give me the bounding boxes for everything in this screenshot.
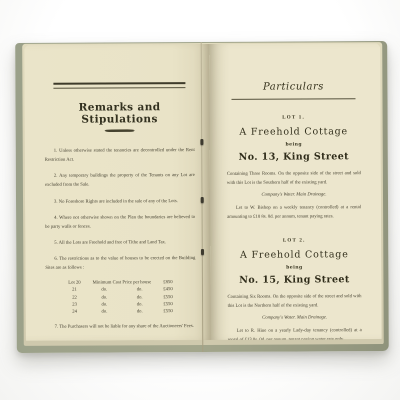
particulars-heading: Particulars [226, 81, 360, 93]
lot-number: LOT 2. [227, 238, 361, 244]
lot-tenancy: Let to R. Hine on a yearly Lady-day tena… [228, 326, 362, 341]
lot-services: Company's Water. Main Drainage. [228, 315, 362, 321]
lot-2-section: LOT 2. A Freehold Cottage being No. 15, … [227, 238, 362, 341]
lot-address: No. 13, King Street [227, 151, 361, 163]
minimum-cost-table: Lot 20 Minimum Cost Price per house £850… [62, 279, 179, 316]
lot-title: A Freehold Cottage [227, 126, 361, 138]
stipulation-item: 6. The restrictions as to the value of h… [45, 254, 195, 273]
lot-description: Containing Six Rooms. On the opposite si… [228, 292, 362, 311]
photo-of-booklet: Remarks and Stipulations 1. Unless other… [0, 0, 400, 400]
stipulation-item: 2. Any temporary buildings the property … [45, 171, 195, 190]
table-cell-lot: Lot 20 [62, 279, 86, 287]
table-cell-price: £850 [157, 279, 178, 286]
top-double-rule [53, 82, 185, 89]
left-page: Remarks and Stipulations 1. Unless other… [24, 44, 211, 341]
table-cell-do: do. [122, 308, 157, 316]
staple-icon [201, 249, 204, 255]
booklet-cover: Remarks and Stipulations 1. Unless other… [15, 41, 389, 353]
lot-description: Containing Three Rooms. On the opposite … [227, 169, 361, 188]
heading-flourish [105, 129, 135, 131]
table-cell-price: £550 [157, 301, 178, 308]
stipulation-item: 3. No Foreshore Rights are included in t… [45, 197, 195, 207]
lot-title: A Freehold Cottage [227, 249, 361, 261]
lot-1-section: LOT 1. A Freehold Cottage being No. 13, … [227, 115, 362, 222]
lot-being: being [227, 142, 361, 148]
staple-icon [200, 139, 203, 145]
lot-services: Company's Water. Main Drainage. [227, 192, 361, 198]
particulars-rule [231, 98, 355, 100]
table-cell-lot: 21 [62, 287, 86, 295]
remarks-heading: Remarks and Stipulations [44, 101, 194, 126]
lot-address: No. 15, King Street [227, 274, 361, 286]
stipulation-item: 4. Where not otherwise shown on the Plan… [45, 213, 195, 232]
lot-number: LOT 1. [227, 115, 361, 121]
table-cell-do: do. [87, 308, 122, 316]
table-cell-price: £450 [157, 286, 178, 293]
lot-being: being [227, 265, 361, 271]
staple-icon [201, 197, 204, 203]
table-cell-lot: 24 [62, 309, 86, 317]
table-cell-price: £550 [157, 308, 178, 315]
table-cell-lot: 23 [62, 301, 86, 309]
stipulation-item: 5. All the Lots are Freehold and free of… [45, 238, 195, 248]
stipulation-item: 1. Unless otherwise stated the tenancies… [45, 146, 195, 165]
table-cell-lot: 22 [62, 294, 86, 302]
stipulation-item-last: 7. The Purchasers will not be liable for… [46, 322, 196, 332]
right-page: Particulars LOT 1. A Freehold Cottage be… [209, 43, 382, 340]
table-row: 24 do. do. £550 [62, 308, 178, 316]
lot-tenancy: Let to W. Bishop on a weekly tenancy (co… [227, 203, 361, 222]
table-cell-price: £550 [157, 293, 178, 300]
